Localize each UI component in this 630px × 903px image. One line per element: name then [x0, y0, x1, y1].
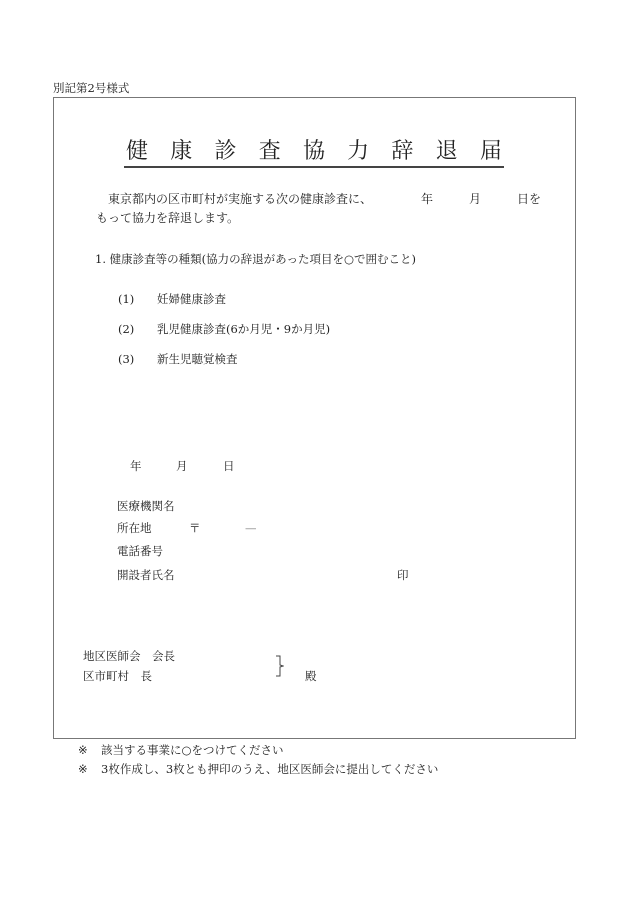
- note-mark: ※: [78, 762, 88, 776]
- note-text: 該当する事業に○をつけてください: [101, 743, 284, 757]
- postal-dash: —: [245, 521, 257, 535]
- institution-label: 医療機関名: [117, 499, 175, 513]
- addressee-line1: 地区医師会 会長: [83, 649, 175, 663]
- intro-day: 日を: [517, 192, 541, 206]
- title-char: 診: [214, 138, 236, 166]
- postal-mark: 〒: [189, 521, 201, 535]
- intro-line1: 東京都内の区市町村が実施する次の健康診査に、: [108, 192, 372, 206]
- form-number: 別記第2号様式: [53, 81, 129, 95]
- item-number: (3): [118, 352, 134, 366]
- title-char: 健: [126, 138, 148, 166]
- item-label: 新生児聴覚検査: [157, 352, 238, 366]
- title-char: 査: [259, 138, 281, 166]
- section1-heading: 1. 健康診査等の種類(協力の辞退があった項目を○で囲むこと): [95, 252, 416, 266]
- honorific: 殿: [305, 669, 317, 683]
- brace-icon: [276, 655, 284, 677]
- title-char: 康: [170, 138, 192, 166]
- note-mark: ※: [78, 743, 88, 757]
- page-title: 健 康 診 査 協 力 辞 退 届: [124, 138, 504, 168]
- title-char: 退: [436, 138, 458, 166]
- date-month: 月: [176, 459, 188, 473]
- title-char: 協: [303, 138, 325, 166]
- date-year: 年: [130, 459, 142, 473]
- item-number: (2): [118, 322, 134, 336]
- seal-mark: 印: [397, 568, 409, 582]
- founder-label: 開設者氏名: [117, 568, 175, 582]
- intro-month: 月: [469, 192, 481, 206]
- phone-label: 電話番号: [117, 544, 163, 558]
- title-char: 届: [480, 138, 502, 166]
- title-char: 力: [347, 138, 369, 166]
- note-text: 3枚作成し、3枚とも押印のうえ、地区医師会に提出してください: [101, 762, 438, 776]
- item-label: 妊婦健康診査: [157, 292, 226, 306]
- intro-year: 年: [421, 192, 433, 206]
- item-label: 乳児健康診査(6か月児・9か月児): [157, 322, 330, 336]
- address-label: 所在地: [117, 521, 152, 535]
- addressee-line2: 区市町村 長: [83, 669, 152, 683]
- date-day: 日: [223, 459, 235, 473]
- title-char: 辞: [391, 138, 413, 166]
- intro-line2: もって協力を辞退します。: [96, 211, 239, 225]
- item-number: (1): [118, 292, 134, 306]
